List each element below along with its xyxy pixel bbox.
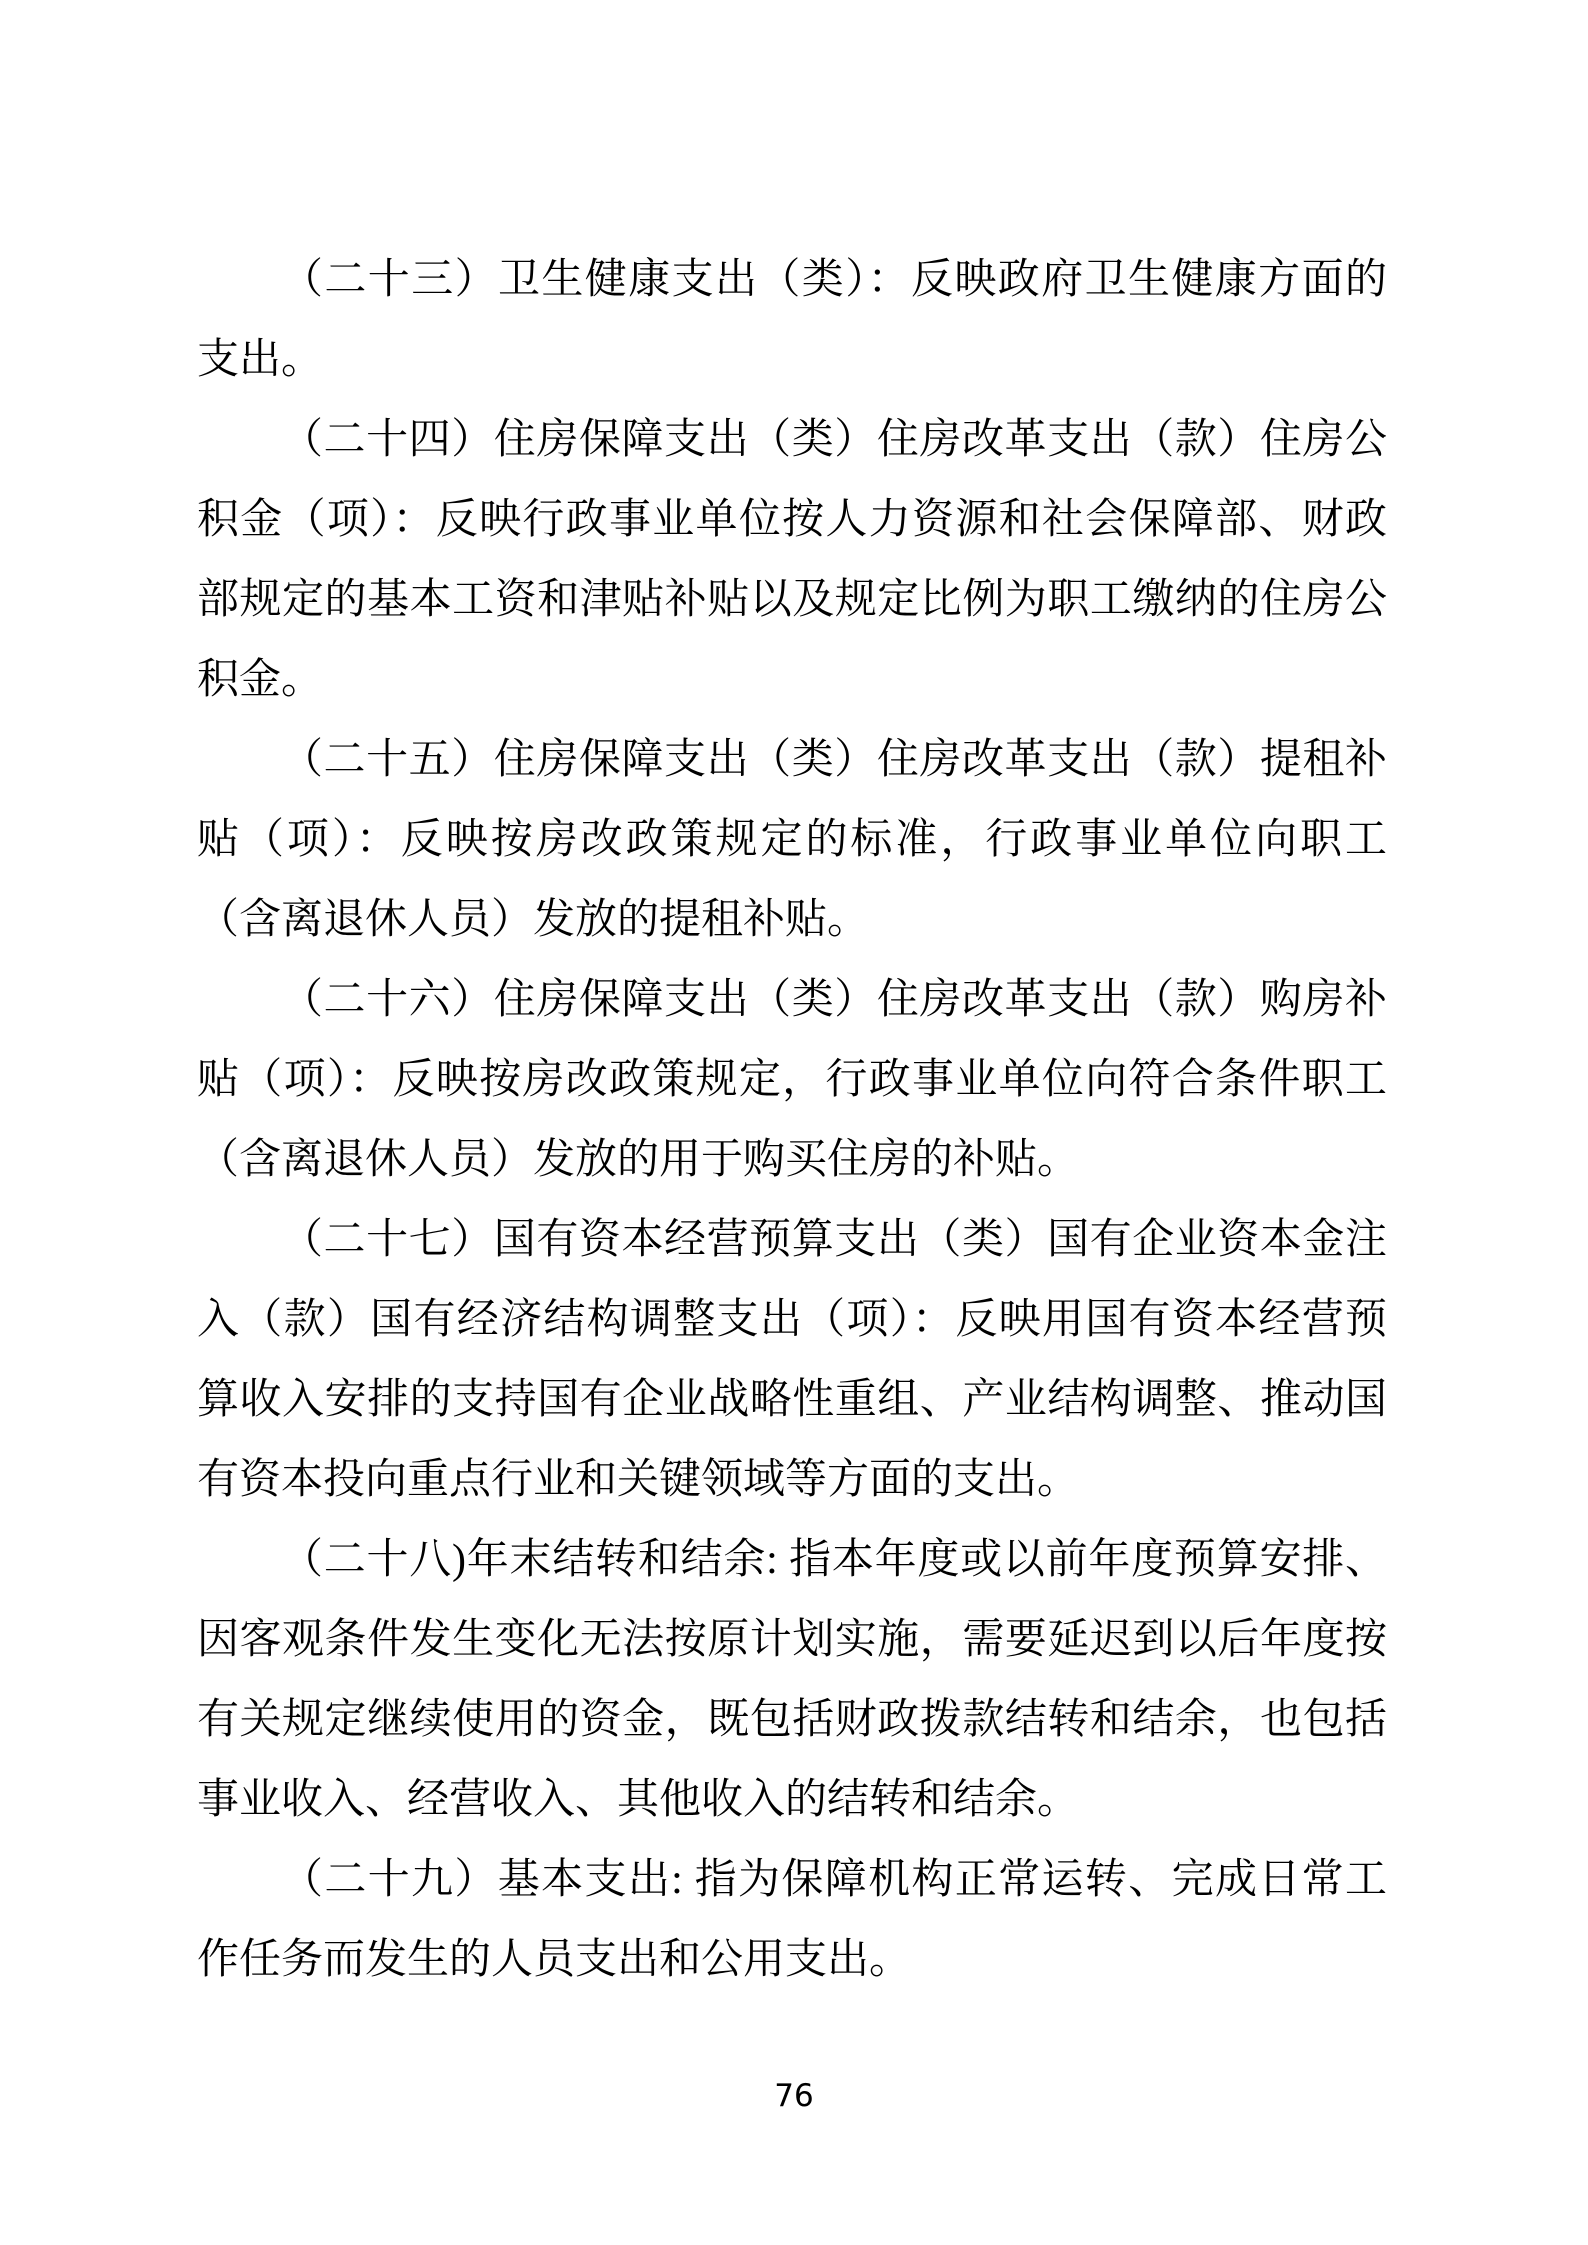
paragraph-26: （二十六）住房保障支出（类）住房改革支出（款）购房补贴（项）：反映按房改政策规定… <box>197 960 1387 1200</box>
document-body: （二十三）卫生健康支出（类）：反映政府卫生健康方面的支出。 （二十四）住房保障支… <box>197 240 1387 2000</box>
paragraph-25: （二十五）住房保障支出（类）住房改革支出（款）提租补贴（项）：反映按房改政策规定… <box>197 720 1387 960</box>
document-page: （二十三）卫生健康支出（类）：反映政府卫生健康方面的支出。 （二十四）住房保障支… <box>0 0 1588 2245</box>
paragraph-29: （二十九）基本支出: 指为保障机构正常运转、完成日常工作任务而发生的人员支出和公… <box>197 1840 1387 2000</box>
paragraph-28: （二十八)年末结转和结余: 指本年度或以前年度预算安排、因客观条件发生变化无法按… <box>197 1520 1387 1840</box>
paragraph-23: （二十三）卫生健康支出（类）：反映政府卫生健康方面的支出。 <box>197 240 1387 400</box>
paragraph-27: （二十七）国有资本经营预算支出（类）国有企业资本金注入（款）国有经济结构调整支出… <box>197 1200 1387 1520</box>
page-number: 76 <box>0 2078 1588 2114</box>
paragraph-24: （二十四）住房保障支出（类）住房改革支出（款）住房公积金（项）：反映行政事业单位… <box>197 400 1387 720</box>
